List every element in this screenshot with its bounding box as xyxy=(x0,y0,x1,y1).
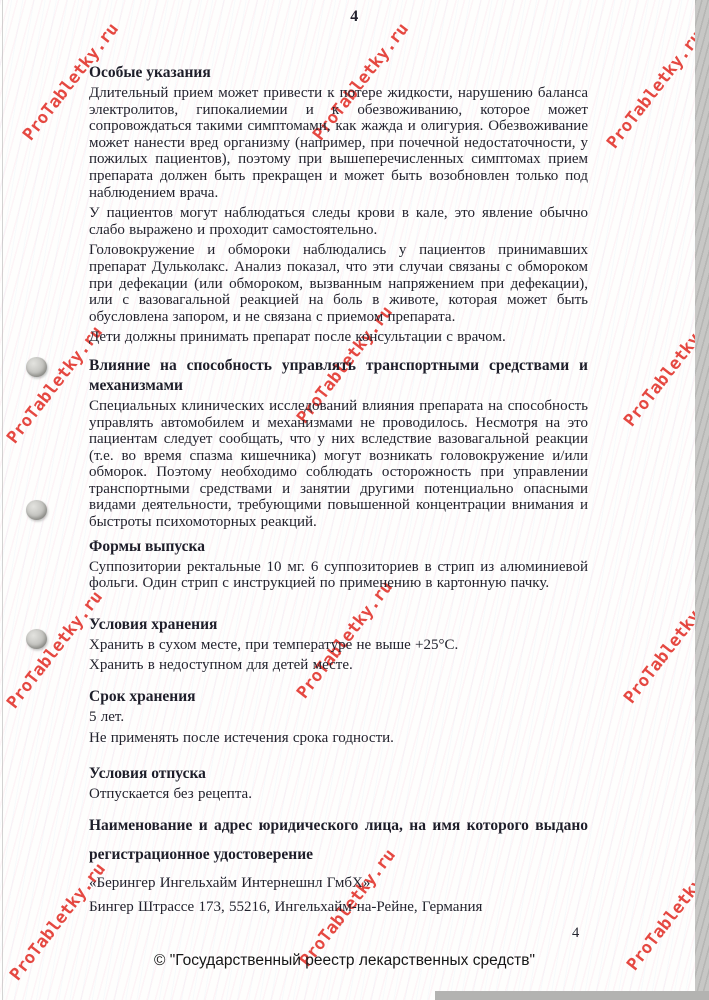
paragraph: Не применять после истечения срока годно… xyxy=(89,730,588,747)
section-heading: Особые указания xyxy=(89,63,588,83)
paragraph: У пациентов могут наблюдаться следы кров… xyxy=(89,205,588,238)
section-release-forms: Формы выпуска Суппозитории ректальные 10… xyxy=(89,537,588,592)
paragraph: Хранить в недоступном для детей месте. xyxy=(89,657,588,674)
section-heading: Условия хранения xyxy=(89,615,588,635)
hole-punch-mark xyxy=(26,629,47,649)
paragraph: Головокружение и обмороки наблюдались у … xyxy=(89,242,588,325)
paragraph: Дети должны принимать препарат после кон… xyxy=(89,329,588,346)
section-storage-conditions: Условия хранения Хранить в сухом месте, … xyxy=(89,615,588,674)
watermark: ProTabletky.ru xyxy=(602,26,708,153)
hole-punch-mark xyxy=(26,357,47,377)
paragraph: «Берингер Ингельхайм Интернешнл ГмбХ» xyxy=(89,871,588,895)
footer-credit: © "Государственный реестр лекарственных … xyxy=(0,952,689,970)
section-driving-ability: Влияние на способность управлять транспо… xyxy=(89,356,588,531)
section-special-instructions: Особые указания Длительный прием может п… xyxy=(89,63,588,346)
section-heading: Влияние на способность управлять транспо… xyxy=(89,356,588,396)
document-body: Особые указания Длительный прием может п… xyxy=(89,0,588,919)
page-number-bottom: 4 xyxy=(572,925,579,942)
paragraph: 5 лет. xyxy=(89,709,588,726)
section-heading: Наименование и адрес юридического лица, … xyxy=(89,811,588,869)
hole-punch-mark xyxy=(26,500,47,520)
section-heading: Условия отпуска xyxy=(89,764,588,784)
paragraph: Бингер Штрассе 173, 55216, Ингельхайм-на… xyxy=(89,895,588,919)
paragraph: Хранить в сухом месте, при температуре н… xyxy=(89,637,588,654)
scan-edge-bottom xyxy=(435,991,709,1000)
section-shelf-life: Срок хранения 5 лет. Не применять после … xyxy=(89,687,588,746)
scan-edge-right xyxy=(695,0,709,1000)
paragraph: Длительный прием может привести к потере… xyxy=(89,85,588,201)
scanned-document-page: 4 ProTabletky.ru ProTabletky.ru ProTable… xyxy=(0,0,709,1000)
section-heading: Формы выпуска xyxy=(89,537,588,557)
paragraph: Специальных клинических исследований вли… xyxy=(89,398,588,531)
section-heading: Срок хранения xyxy=(89,687,588,707)
paragraph: Отпускается без рецепта. xyxy=(89,786,588,803)
section-license-holder: Наименование и адрес юридического лица, … xyxy=(89,811,588,919)
section-dispensing-conditions: Условия отпуска Отпускается без рецепта. xyxy=(89,764,588,803)
paragraph: Суппозитории ректальные 10 мг. 6 суппози… xyxy=(89,559,588,592)
